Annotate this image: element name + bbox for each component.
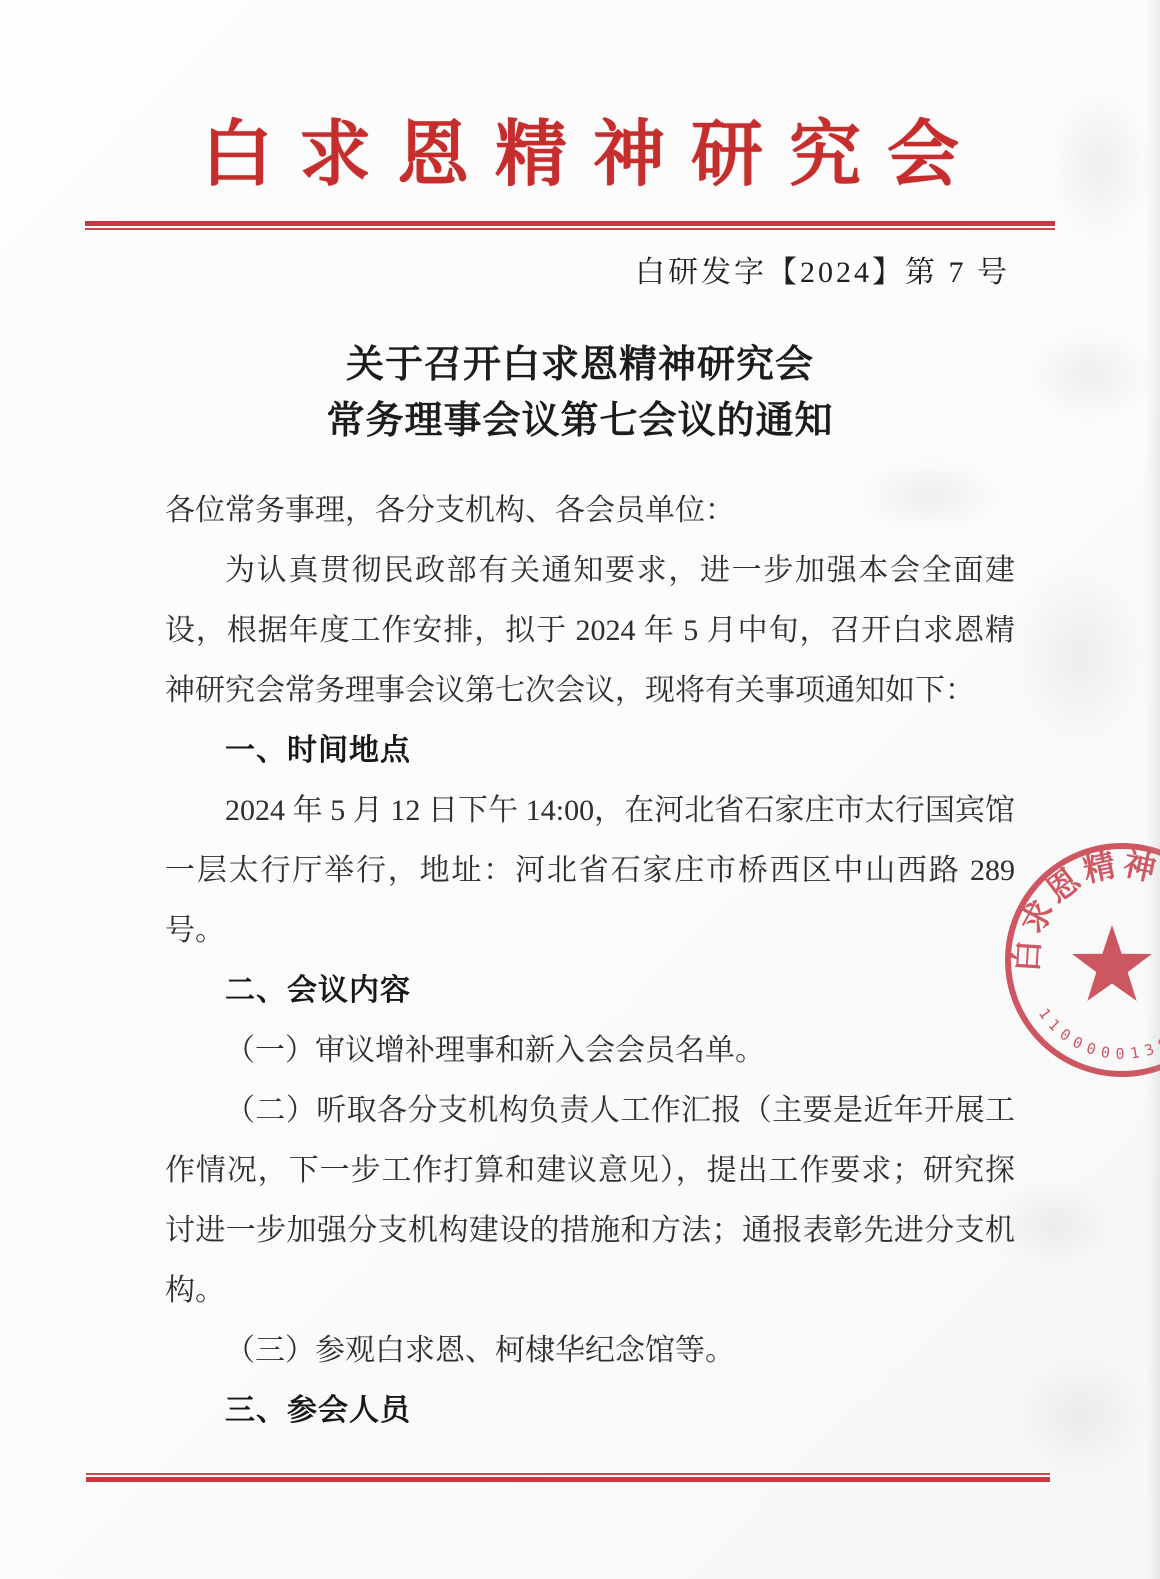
bleedthrough-mark <box>1010 1350 1150 1480</box>
section-2-item-2: （二）听取各分支机构负责人工作汇报（主要是近年开展工作情况，下一步工作打算和建议… <box>165 1081 1015 1321</box>
footer-divider <box>86 1473 1050 1482</box>
divider-thin-line <box>85 228 1055 230</box>
bleedthrough-mark <box>1010 560 1150 750</box>
bleedthrough-mark <box>1050 90 1150 240</box>
bleedthrough-mark <box>1030 330 1150 420</box>
document-number: 白研发字【2024】第 7 号 <box>635 247 1010 291</box>
section-heading-3: 三、参会人员 <box>165 1381 1015 1441</box>
official-seal-stamp: 白求恩精神研究会 1100000138002 <box>982 820 1160 1100</box>
document-title: 关于召开白求恩精神研究会 常务理事会议第七会议的通知 <box>0 337 1160 449</box>
intro-paragraph: 为认真贯彻民政部有关通知要求，进一步加强本会全面建设，根据年度工作安排，拟于 2… <box>165 541 1015 721</box>
bleedthrough-mark <box>860 460 1000 530</box>
document-title-line2: 常务理事会议第七会议的通知 <box>0 393 1160 449</box>
letterhead-divider <box>85 221 1055 230</box>
scan-edge-shadow <box>1146 0 1160 1579</box>
document-title-line1: 关于召开白求恩精神研究会 <box>0 337 1160 393</box>
section-heading-1: 一、时间地点 <box>165 721 1015 781</box>
section-2-item-1: （一）审议增补理事和新入会会员名单。 <box>165 1021 1015 1081</box>
section-1-paragraph: 2024 年 5 月 12 日下午 14:00，在河北省石家庄市太行国宾馆一层太… <box>165 781 1015 961</box>
section-2-item-3: （三）参观白求恩、柯棣华纪念馆等。 <box>165 1321 1015 1381</box>
letterhead-org-name: 白求恩精神研究会 <box>0 96 1160 200</box>
bleedthrough-mark <box>990 1180 1120 1270</box>
document-body: 各位常务事理，各分支机构、各会员单位： 为认真贯彻民政部有关通知要求，进一步加强… <box>165 481 1015 1441</box>
document-page: 白求恩精神研究会 白研发字【2024】第 7 号 关于召开白求恩精神研究会 常务… <box>0 0 1160 1579</box>
divider-thick-line <box>86 1477 1050 1482</box>
seal-star-icon <box>1072 925 1152 1001</box>
section-heading-2: 二、会议内容 <box>165 961 1015 1021</box>
